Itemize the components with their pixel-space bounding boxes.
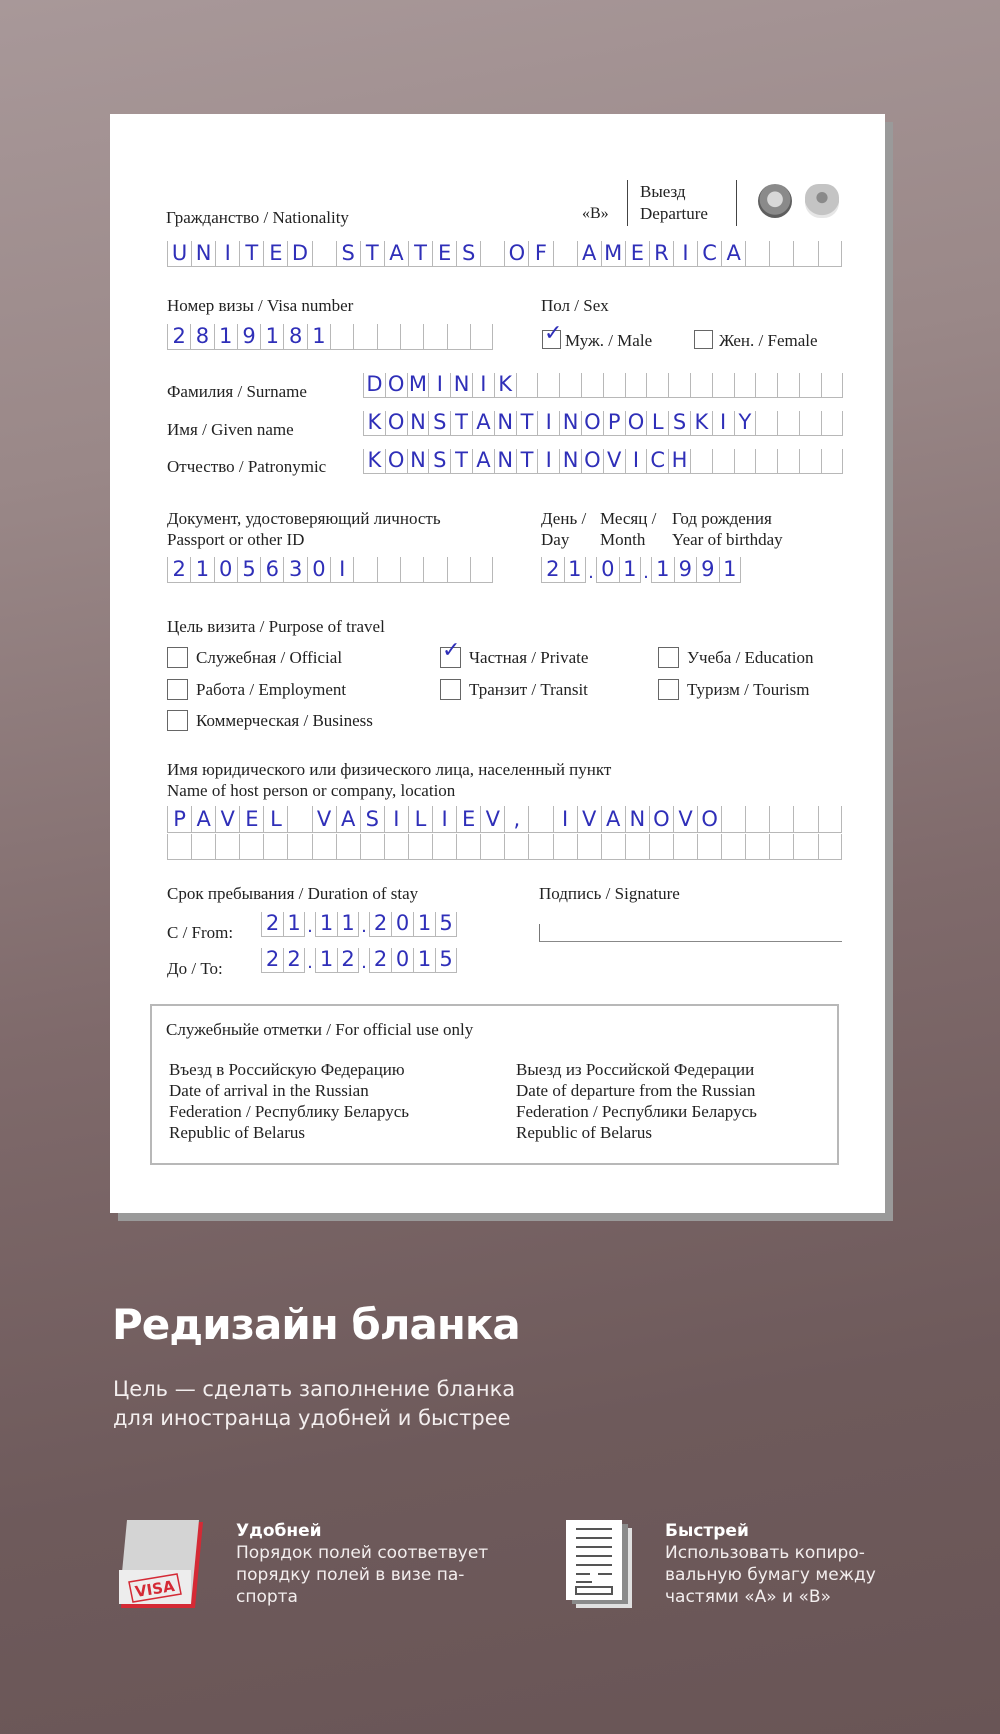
visa-number-field[interactable]: 2819181 (167, 324, 493, 350)
header-divider (627, 180, 628, 226)
char-cell: O (649, 806, 673, 833)
date-cell: 2 (337, 948, 359, 973)
char-cell (646, 373, 668, 398)
char-cell: 1 (190, 557, 213, 583)
char-cell: V (577, 806, 601, 833)
to-date-field[interactable]: 22.12.2015 (261, 948, 457, 973)
birth-day-label-ru: День / (541, 508, 586, 529)
given-name-field[interactable]: KONSTANTINOPOLSKIY (363, 411, 843, 436)
char-cell (384, 834, 408, 860)
surname-field[interactable]: DOMINIK (363, 373, 843, 398)
char-cell (537, 373, 559, 398)
feature-text-line: Использовать копиро- (665, 1542, 876, 1564)
subtitle-line: Цель — сделать заполнение бланка (113, 1375, 515, 1404)
char-cell (400, 557, 423, 583)
departure-line: Republic of Belarus (516, 1122, 652, 1143)
char-cell: O (625, 411, 647, 436)
date-cell: 9 (696, 557, 719, 583)
char-cell (745, 834, 769, 860)
header-divider (736, 180, 737, 226)
char-cell: I (673, 241, 697, 267)
char-cell: A (472, 449, 494, 474)
signature-field[interactable] (539, 924, 842, 942)
char-cell: P (603, 411, 625, 436)
char-cell (432, 834, 456, 860)
char-cell (668, 373, 690, 398)
char-cell (447, 557, 470, 583)
host-field-line2[interactable] (167, 834, 842, 860)
char-cell: O (581, 449, 603, 474)
sex-label: Пол / Sex (541, 295, 609, 316)
host-field-line1[interactable]: PAVELVASILIEV,IVANOVO (167, 806, 842, 833)
visa-number-label: Номер визы / Visa number (167, 295, 353, 316)
date-cell: 5 (435, 948, 457, 973)
char-cell: 2 (167, 324, 190, 350)
char-cell: I (712, 411, 734, 436)
char-cell (559, 373, 581, 398)
char-cell: T (408, 241, 432, 267)
russia-emblem-icon (805, 184, 839, 218)
date-cell: 0 (391, 912, 413, 937)
char-cell: O (385, 449, 407, 474)
char-cell (649, 834, 673, 860)
to-label: До / To: (167, 958, 223, 979)
date-cell: 5 (435, 912, 457, 937)
birth-month-label-ru: Месяц / (600, 508, 656, 529)
date-cell: 1 (619, 557, 642, 583)
char-cell: O (581, 411, 603, 436)
arrival-line: Въезд в Российскую Федерацию (169, 1059, 405, 1080)
char-cell: A (601, 806, 625, 833)
char-cell (625, 834, 649, 860)
from-label: С / From: (167, 922, 233, 943)
char-cell: E (432, 241, 456, 267)
char-cell: V (215, 806, 239, 833)
char-cell: N (494, 449, 516, 474)
char-cell (793, 806, 817, 833)
char-cell: O (385, 411, 407, 436)
char-cell: L (263, 806, 287, 833)
char-cell (553, 834, 577, 860)
char-cell (690, 449, 712, 474)
char-cell (215, 834, 239, 860)
belarus-emblem-icon (758, 184, 792, 218)
date-cell: 2 (261, 912, 283, 937)
date-separator: . (359, 912, 369, 937)
feature-faster: Быстрей Использовать копиро- вальную бум… (665, 1520, 876, 1608)
date-cell: 2 (283, 948, 305, 973)
char-cell: F (528, 241, 552, 267)
nationality-label: Гражданство / Nationality (166, 207, 349, 228)
feature-text-line: Порядок полей соответвует (236, 1542, 488, 1564)
date-cell: 2 (369, 948, 391, 973)
char-cell (755, 449, 777, 474)
date-cell: 1 (413, 948, 435, 973)
purpose-option-label: Туризм / Tourism (687, 679, 810, 700)
subtitle-line: для иностранца удобней и быстрее (113, 1404, 515, 1433)
char-cell: C (646, 449, 668, 474)
char-cell (353, 324, 376, 350)
char-cell (400, 324, 423, 350)
char-cell (603, 373, 625, 398)
char-cell (470, 324, 493, 350)
male-checkbox[interactable]: ✓ (542, 330, 561, 349)
char-cell (191, 834, 215, 860)
purpose-checkbox[interactable] (658, 647, 679, 668)
char-cell (821, 411, 843, 436)
char-cell: 8 (283, 324, 306, 350)
char-cell: V (603, 449, 625, 474)
char-cell: T (516, 449, 538, 474)
char-cell (167, 834, 191, 860)
char-cell: Y (734, 411, 756, 436)
date-separator: . (305, 912, 315, 937)
char-cell: E (239, 806, 263, 833)
patronymic-field[interactable]: KONSTANTINOVICH (363, 449, 843, 474)
char-cell (755, 373, 777, 398)
date-separator: . (641, 557, 651, 583)
char-cell: I (384, 806, 408, 833)
feature-text-line: порядку полей в визе па- (236, 1564, 488, 1586)
char-cell: K (690, 411, 712, 436)
birth-month-label-en: Month (600, 529, 645, 550)
char-cell (377, 557, 400, 583)
char-cell: E (263, 241, 287, 267)
char-cell: 1 (307, 324, 330, 350)
female-label: Жен. / Female (719, 330, 818, 351)
char-cell (239, 834, 263, 860)
char-cell (470, 557, 493, 583)
char-cell: 5 (237, 557, 260, 583)
char-cell (745, 241, 769, 267)
char-cell (799, 373, 821, 398)
feature-text-line: спорта (236, 1586, 488, 1608)
check-mark-icon: ✓ (544, 323, 562, 345)
date-separator: . (586, 557, 596, 583)
date-cell: 1 (413, 912, 435, 937)
char-cell: S (428, 411, 450, 436)
date-cell: 2 (541, 557, 564, 583)
date-cell: 2 (369, 912, 391, 937)
char-cell: E (456, 806, 480, 833)
char-cell (447, 324, 470, 350)
document-label-en: Passport or other ID (167, 529, 304, 550)
from-date-field[interactable]: 21.11.2015 (261, 912, 457, 937)
char-cell (528, 834, 552, 860)
purpose-option-label: Учеба / Education (687, 647, 813, 668)
char-cell: R (649, 241, 673, 267)
char-cell (353, 557, 376, 583)
char-cell (712, 449, 734, 474)
char-cell: L (646, 411, 668, 436)
char-cell: O (385, 373, 407, 398)
direction-en: Departure (640, 203, 708, 224)
date-separator: . (305, 948, 315, 973)
char-cell: N (559, 449, 581, 474)
char-cell: 6 (260, 557, 283, 583)
char-cell (690, 373, 712, 398)
char-cell: T (450, 411, 472, 436)
char-cell (769, 834, 793, 860)
char-cell: M (407, 373, 429, 398)
char-cell: I (472, 373, 494, 398)
date-cell: 1 (315, 948, 337, 973)
char-cell (777, 411, 799, 436)
char-cell: M (601, 241, 625, 267)
char-cell (755, 411, 777, 436)
feature-title: Быстрей (665, 1520, 876, 1542)
char-cell: 8 (190, 324, 213, 350)
char-cell (818, 834, 842, 860)
char-cell: 0 (214, 557, 237, 583)
purpose-checkbox[interactable]: ✓ (440, 647, 461, 668)
date-cell: 0 (596, 557, 619, 583)
char-cell: N (625, 806, 649, 833)
char-cell: O (504, 241, 528, 267)
birth-year-label-ru: Год рождения (672, 508, 772, 529)
char-cell: V (673, 806, 697, 833)
char-cell: 0 (307, 557, 330, 583)
char-cell (721, 834, 745, 860)
purpose-option-label: Частная / Private (469, 647, 588, 668)
purpose-checkbox[interactable] (167, 710, 188, 731)
char-cell: S (668, 411, 690, 436)
char-cell: T (239, 241, 263, 267)
char-cell (480, 834, 504, 860)
char-cell: A (191, 806, 215, 833)
birth-date-field[interactable]: 21.01.1991 (541, 557, 741, 583)
char-cell: D (363, 373, 385, 398)
char-cell (456, 834, 480, 860)
document-field[interactable]: 2105630I (167, 557, 493, 583)
date-cell: 1 (337, 912, 359, 937)
char-cell (673, 834, 697, 860)
char-cell: K (494, 373, 516, 398)
date-cell: 1 (651, 557, 674, 583)
subtitle: Цель — сделать заполнение бланка для ино… (113, 1375, 515, 1433)
char-cell: I (537, 449, 559, 474)
date-cell: 9 (674, 557, 697, 583)
departure-line: Выезд из Российской Федерации (516, 1059, 754, 1080)
departure-line: Federation / Республики Беларусь (516, 1101, 757, 1122)
char-cell: O (697, 806, 721, 833)
nationality-field[interactable]: UNITEDSTATESOFAMERICA (167, 241, 842, 267)
date-cell: 2 (261, 948, 283, 973)
patronymic-label: Отчество / Patronymic (167, 456, 326, 477)
char-cell (423, 557, 446, 583)
visa-passport-icon: VISA (119, 1520, 203, 1614)
arrival-line: Date of arrival in the Russian (169, 1080, 369, 1101)
direction-ru: Выезд (640, 181, 686, 202)
char-cell: S (336, 241, 360, 267)
char-cell (697, 834, 721, 860)
char-cell (287, 806, 311, 833)
char-cell: 3 (283, 557, 306, 583)
char-cell: S (428, 449, 450, 474)
char-cell: I (625, 449, 647, 474)
char-cell (263, 834, 287, 860)
char-cell: 9 (237, 324, 260, 350)
char-cell (769, 241, 793, 267)
date-cell: 0 (391, 948, 413, 973)
arrival-line: Republic of Belarus (169, 1122, 305, 1143)
purpose-option-label: Работа / Employment (196, 679, 346, 700)
host-label-ru: Имя юридического или физического лица, н… (167, 759, 611, 780)
char-cell: N (407, 411, 429, 436)
purpose-checkbox[interactable] (440, 679, 461, 700)
char-cell: E (625, 241, 649, 267)
char-cell: I (432, 806, 456, 833)
male-label: Муж. / Male (565, 330, 652, 351)
char-cell (734, 449, 756, 474)
char-cell: 2 (167, 557, 190, 583)
char-cell (336, 834, 360, 860)
char-cell (528, 806, 552, 833)
char-cell (769, 806, 793, 833)
char-cell: U (167, 241, 191, 267)
feature-text-line: вальную бумагу между (665, 1564, 876, 1586)
char-cell (423, 324, 446, 350)
feature-title: Удобней (236, 1520, 488, 1542)
char-cell: T (450, 449, 472, 474)
char-cell: S (360, 806, 384, 833)
female-checkbox[interactable] (694, 330, 713, 349)
char-cell (480, 241, 504, 267)
char-cell (360, 834, 384, 860)
birth-year-label-en: Year of birthday (672, 529, 783, 550)
char-cell (821, 449, 843, 474)
char-cell: I (330, 557, 353, 583)
char-cell (818, 241, 842, 267)
purpose-option-label: Коммерческая / Business (196, 710, 373, 731)
char-cell (821, 373, 843, 398)
char-cell: A (336, 806, 360, 833)
char-cell: D (287, 241, 311, 267)
char-cell (330, 324, 353, 350)
purpose-option-label: Транзит / Transit (469, 679, 588, 700)
feature-convenient: Удобней Порядок полей соответвует порядк… (236, 1520, 488, 1608)
date-separator: . (359, 948, 369, 973)
char-cell: S (456, 241, 480, 267)
date-cell: 1 (283, 912, 305, 937)
char-cell: N (494, 411, 516, 436)
departure-line: Date of departure from the Russian (516, 1080, 755, 1101)
arrival-line: Federation / Республику Беларусь (169, 1101, 409, 1122)
char-cell: T (516, 411, 538, 436)
headline: Редизайн бланка (112, 1300, 520, 1349)
char-cell: I (428, 373, 450, 398)
birth-day-label-en: Day (541, 529, 569, 550)
char-cell (799, 411, 821, 436)
char-cell (581, 373, 603, 398)
char-cell: I (215, 241, 239, 267)
char-cell: I (553, 806, 577, 833)
char-cell: V (480, 806, 504, 833)
char-cell: N (407, 449, 429, 474)
char-cell (553, 241, 577, 267)
char-cell (577, 834, 601, 860)
char-cell: I (537, 411, 559, 436)
feature-text-line: частями «А» и «В» (665, 1586, 876, 1608)
char-cell (312, 241, 336, 267)
surname-label: Фамилия / Surname (167, 381, 307, 402)
char-cell: N (559, 411, 581, 436)
char-cell: 1 (260, 324, 283, 350)
char-cell (312, 834, 336, 860)
char-cell: 1 (214, 324, 237, 350)
char-cell: H (668, 449, 690, 474)
purpose-label: Цель визита / Purpose of travel (167, 616, 385, 637)
char-cell (504, 834, 528, 860)
purpose-option-label: Служебная / Official (196, 647, 342, 668)
purpose-checkbox[interactable] (167, 679, 188, 700)
host-label-en: Name of host person or company, location (167, 780, 455, 801)
char-cell: N (191, 241, 215, 267)
purpose-checkbox[interactable] (658, 679, 679, 700)
char-cell (377, 324, 400, 350)
char-cell (408, 834, 432, 860)
date-cell: 1 (564, 557, 587, 583)
char-cell (818, 806, 842, 833)
char-cell (799, 449, 821, 474)
signature-label: Подпись / Signature (539, 883, 680, 904)
date-cell: 1 (315, 912, 337, 937)
char-cell: K (363, 411, 385, 436)
char-cell: C (697, 241, 721, 267)
char-cell: A (721, 241, 745, 267)
char-cell (721, 806, 745, 833)
char-cell (601, 834, 625, 860)
purpose-checkbox[interactable] (167, 647, 188, 668)
char-cell (516, 373, 538, 398)
char-cell: N (450, 373, 472, 398)
char-cell (777, 373, 799, 398)
document-label-ru: Документ, удостоверяющий личность (167, 508, 441, 529)
char-cell: A (577, 241, 601, 267)
char-cell (777, 449, 799, 474)
char-cell (287, 834, 311, 860)
char-cell: V (312, 806, 336, 833)
char-cell: A (384, 241, 408, 267)
official-title: Служебныйе отметки / For official use on… (166, 1019, 473, 1040)
char-cell: T (360, 241, 384, 267)
duration-label: Срок пребывания / Duration of stay (167, 883, 418, 904)
char-cell (745, 806, 769, 833)
char-cell: P (167, 806, 191, 833)
char-cell (625, 373, 647, 398)
check-mark-icon: ✓ (442, 640, 460, 662)
form-part-label: «B» (582, 203, 609, 224)
char-cell: A (472, 411, 494, 436)
char-cell: K (363, 449, 385, 474)
char-cell (793, 241, 817, 267)
date-cell: 1 (719, 557, 742, 583)
char-cell: L (408, 806, 432, 833)
char-cell (793, 834, 817, 860)
char-cell (734, 373, 756, 398)
document-copies-icon (566, 1520, 634, 1610)
given-name-label: Имя / Given name (167, 419, 294, 440)
char-cell: , (504, 806, 528, 833)
char-cell (712, 373, 734, 398)
